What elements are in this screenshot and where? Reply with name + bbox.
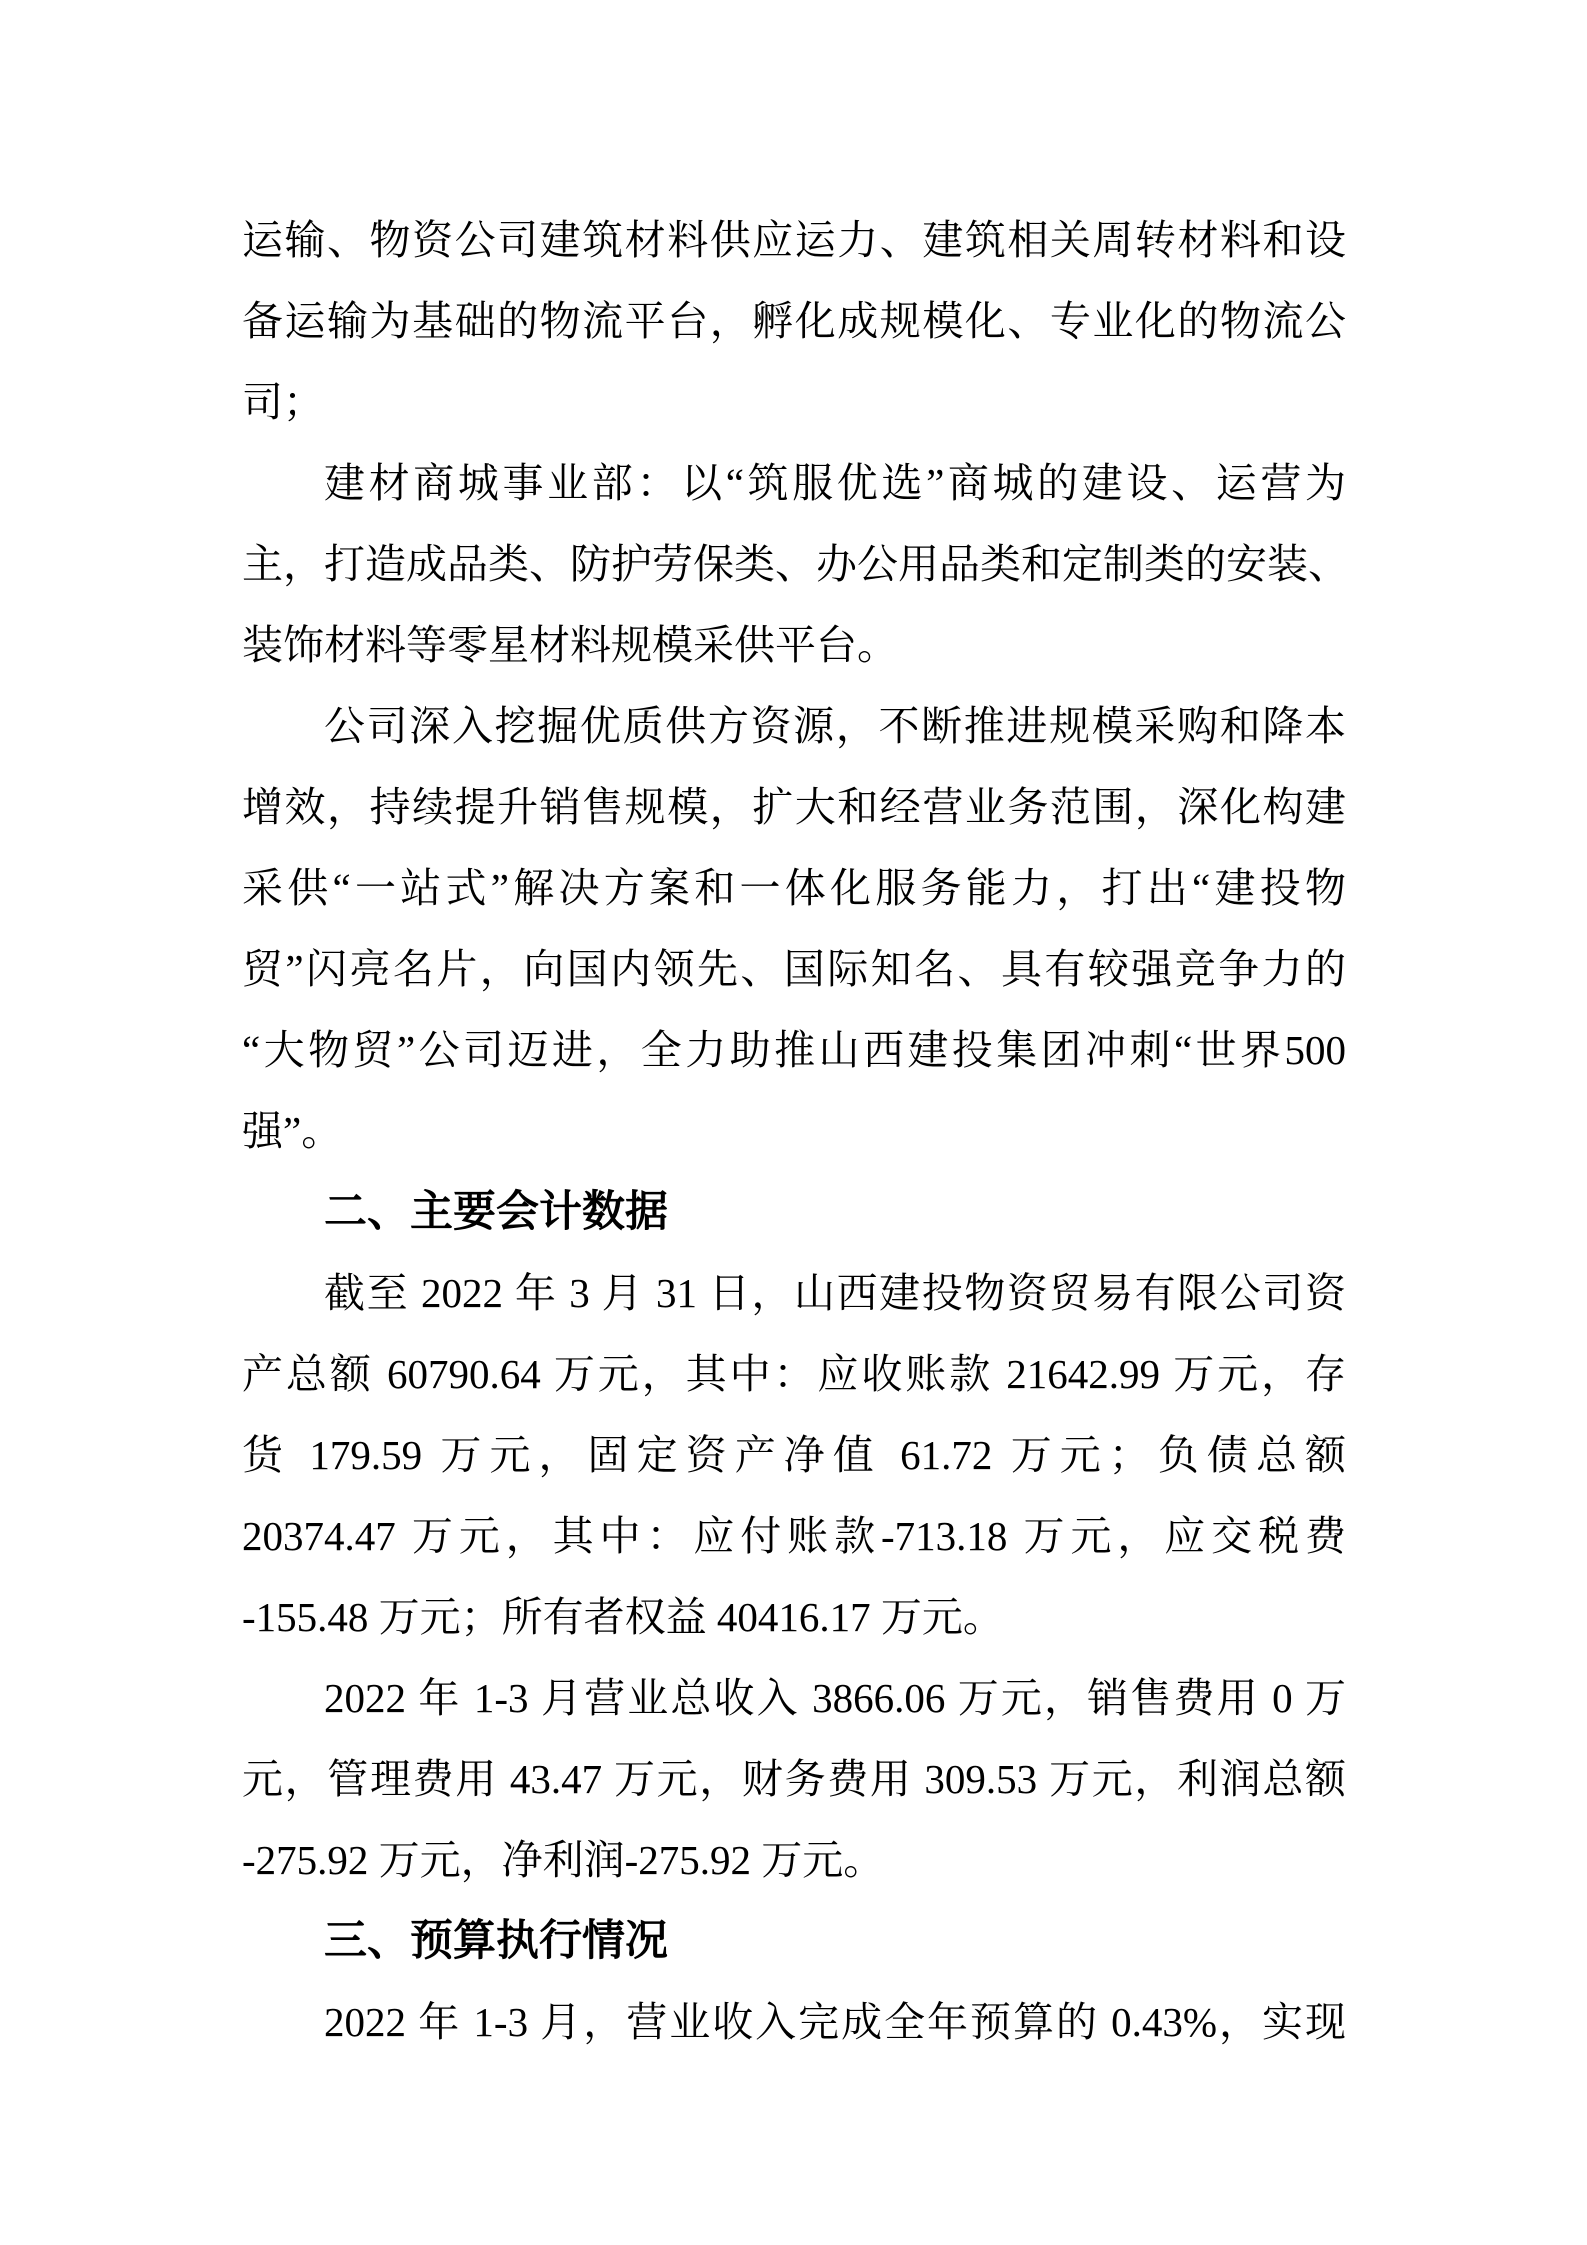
para-building-materials-mall: 建材商城事业部：以“筑服优选”商城的建设、运营为主，打造成品类、防护劳保类、办公…	[242, 443, 1346, 686]
text-line: 司；	[242, 362, 1346, 443]
para-budget-progress: 2022 年 1-3 月，营业收入完成全年预算的 0.43%，实现	[242, 1982, 1346, 2063]
heading-main-accounting-data: 二、主要会计数据	[242, 1172, 1346, 1253]
text-line: -155.48 万元；所有者权益 40416.17 万元。	[242, 1577, 1346, 1658]
text-line: -275.92 万元，净利润-275.92 万元。	[242, 1820, 1346, 1901]
para-balance-sheet-figures: 截至 2022 年 3 月 31 日，山西建投物资贸易有限公司资产总额 6079…	[242, 1253, 1346, 1658]
text-line: 建材商城事业部：以“筑服优选”商城的建设、运营为	[242, 443, 1346, 524]
text-line: 备运输为基础的物流平台，孵化成规模化、专业化的物流公	[242, 281, 1346, 362]
text-line: 采供“一站式”解决方案和一体化服务能力，打出“建投物	[242, 848, 1346, 929]
text-line: 强”。	[242, 1091, 1346, 1172]
text-line: 贸”闪亮名片，向国内领先、国际知名、具有较强竞争力的	[242, 929, 1346, 1010]
text-line: 元，管理费用 43.47 万元，财务费用 309.53 万元，利润总额	[242, 1739, 1346, 1820]
para-income-statement-figures: 2022 年 1-3 月营业总收入 3866.06 万元，销售费用 0 万元，管…	[242, 1658, 1346, 1901]
text-line: 增效，持续提升销售规模，扩大和经营业务范围，深化构建	[242, 767, 1346, 848]
document-page: 运输、物资公司建筑材料供应运力、建筑相关周转材料和设备运输为基础的物流平台，孵化…	[0, 0, 1587, 2245]
heading-budget-execution: 三、预算执行情况	[242, 1901, 1346, 1982]
para-logistics-continued: 运输、物资公司建筑材料供应运力、建筑相关周转材料和设备运输为基础的物流平台，孵化…	[242, 200, 1346, 443]
text-line: 2022 年 1-3 月营业总收入 3866.06 万元，销售费用 0 万	[242, 1658, 1346, 1739]
para-company-strategy: 公司深入挖掘优质供方资源，不断推进规模采购和降本增效，持续提升销售规模，扩大和经…	[242, 686, 1346, 1172]
section-heading: 三、预算执行情况	[242, 1901, 1346, 1982]
text-line: 运输、物资公司建筑材料供应运力、建筑相关周转材料和设	[242, 200, 1346, 281]
text-line: 货 179.59 万元，固定资产净值 61.72 万元；负债总额	[242, 1415, 1346, 1496]
text-line: 20374.47 万元，其中：应付账款-713.18 万元，应交税费	[242, 1496, 1346, 1577]
text-line: “大物贸”公司迈进，全力助推山西建投集团冲刺“世界500	[242, 1010, 1346, 1091]
text-line: 产总额 60790.64 万元，其中：应收账款 21642.99 万元，存	[242, 1334, 1346, 1415]
text-line: 截至 2022 年 3 月 31 日，山西建投物资贸易有限公司资	[242, 1253, 1346, 1334]
section-heading: 二、主要会计数据	[242, 1172, 1346, 1253]
text-line: 主，打造成品类、防护劳保类、办公用品类和定制类的安装、	[242, 524, 1346, 605]
document-body: 运输、物资公司建筑材料供应运力、建筑相关周转材料和设备运输为基础的物流平台，孵化…	[242, 200, 1346, 2063]
text-line: 装饰材料等零星材料规模采供平台。	[242, 605, 1346, 686]
text-line: 2022 年 1-3 月，营业收入完成全年预算的 0.43%，实现	[242, 1982, 1346, 2063]
text-line: 公司深入挖掘优质供方资源，不断推进规模采购和降本	[242, 686, 1346, 767]
